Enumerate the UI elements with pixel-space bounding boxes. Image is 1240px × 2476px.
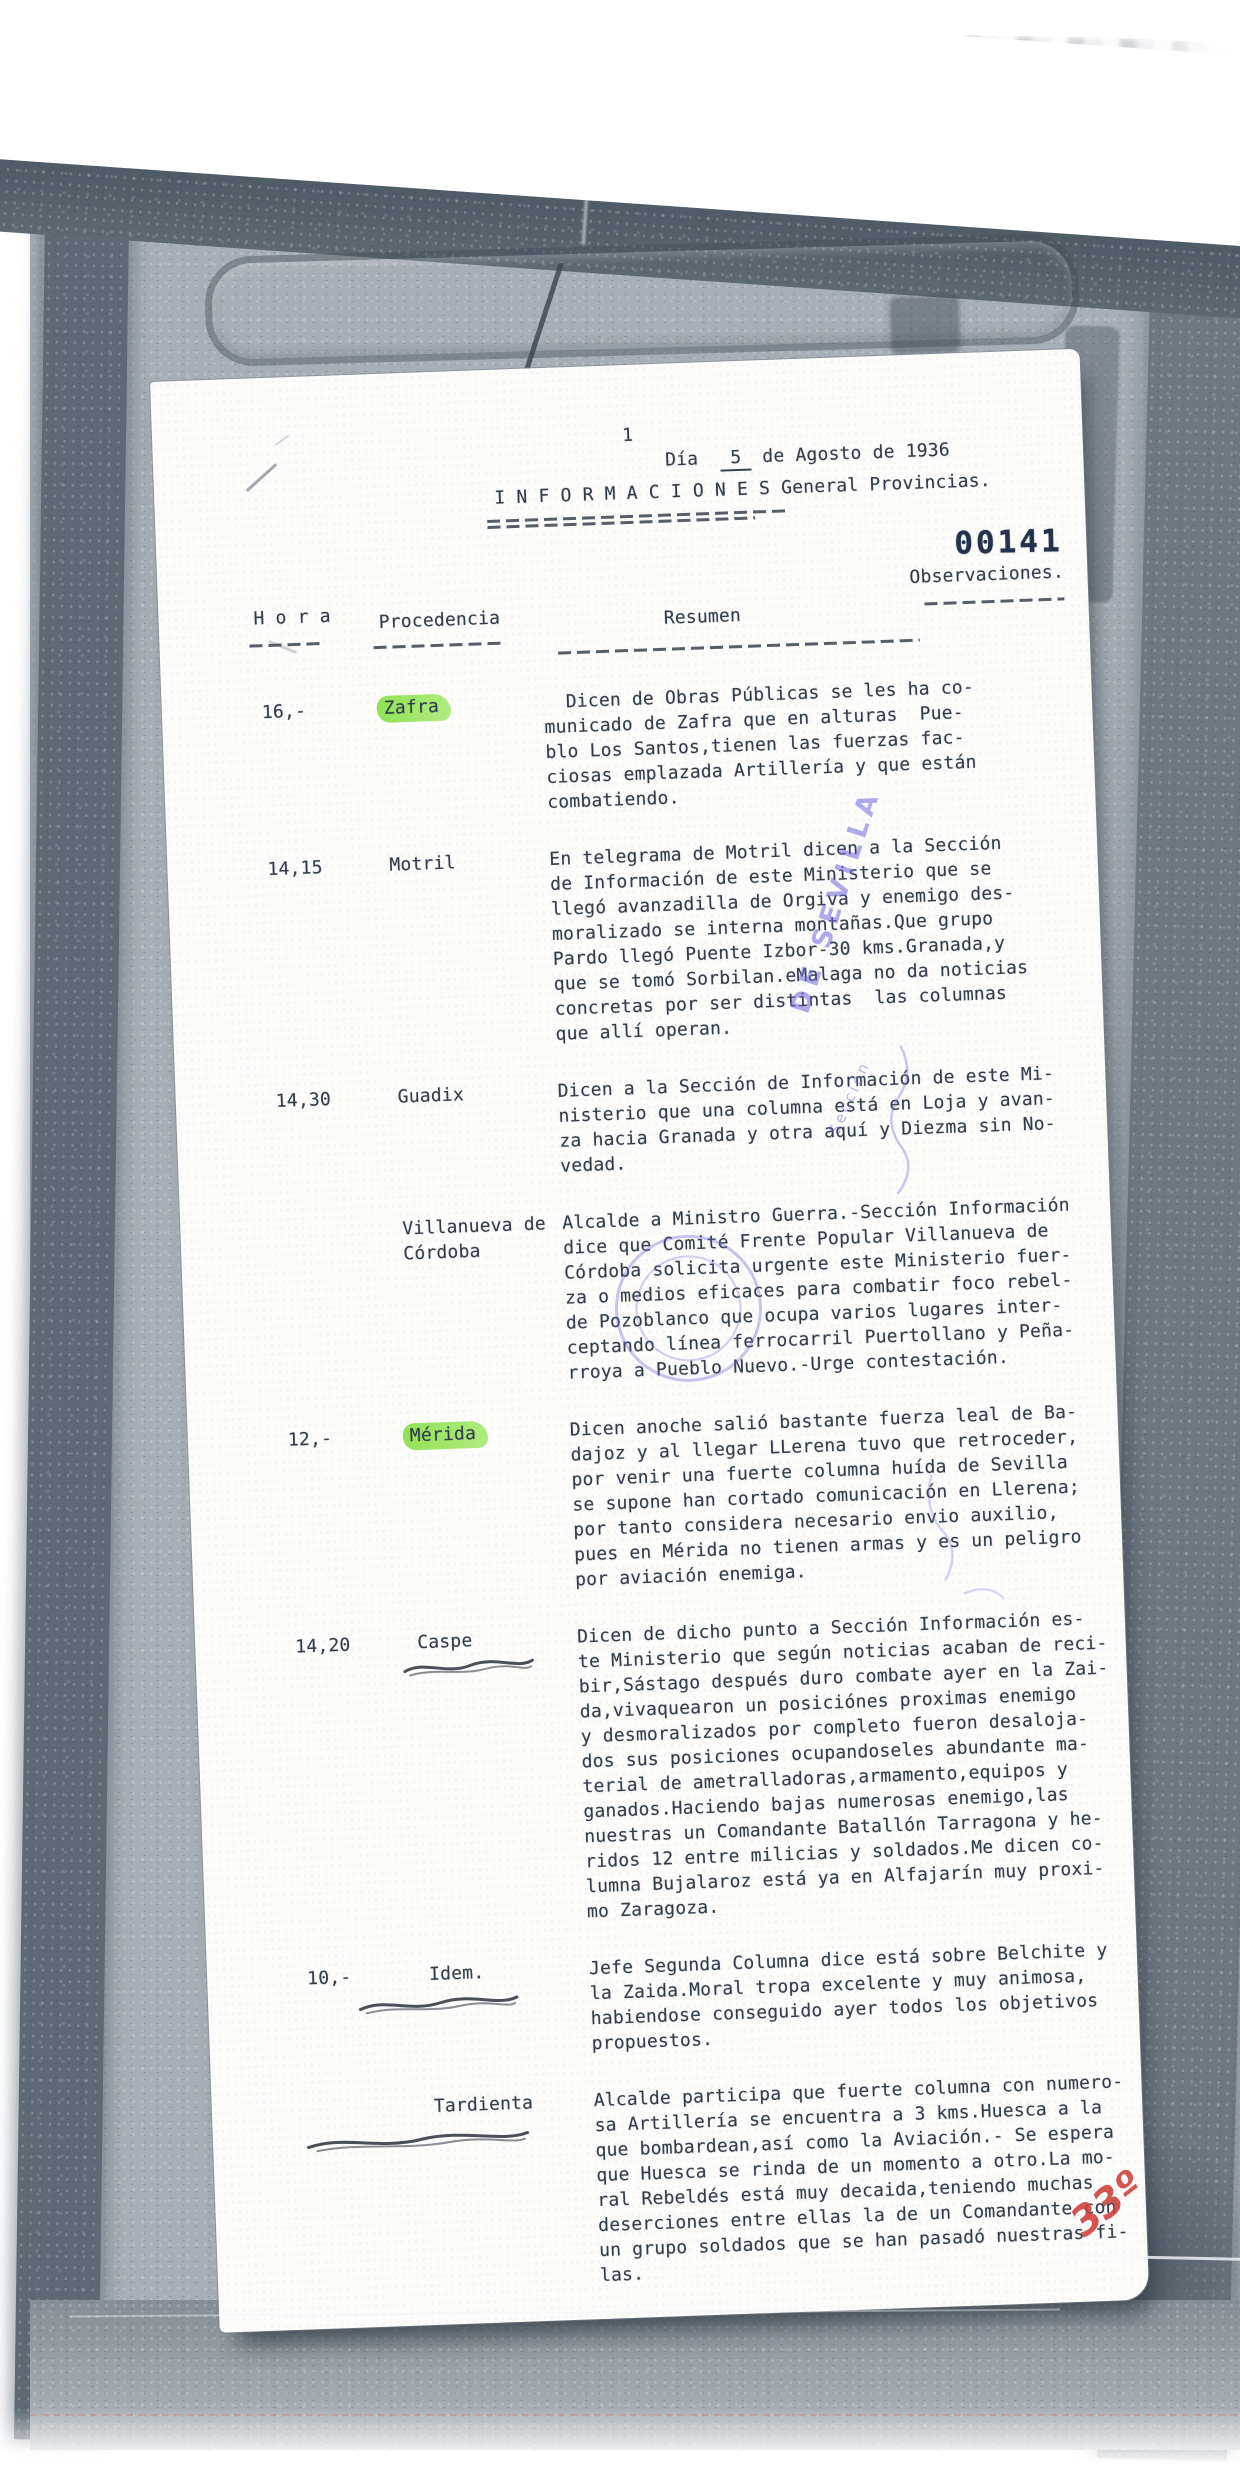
handle-latch: [889, 295, 961, 355]
document-page: 1 Día 5 de Agosto de 1936 I N F O R M A …: [150, 349, 1149, 2333]
scan-fade: [0, 2408, 1240, 2476]
blue-stamp-marks: [150, 349, 1149, 2333]
scanned-document-photo: 1 Día 5 de Agosto de 1936 I N F O R M A …: [0, 0, 1240, 2476]
